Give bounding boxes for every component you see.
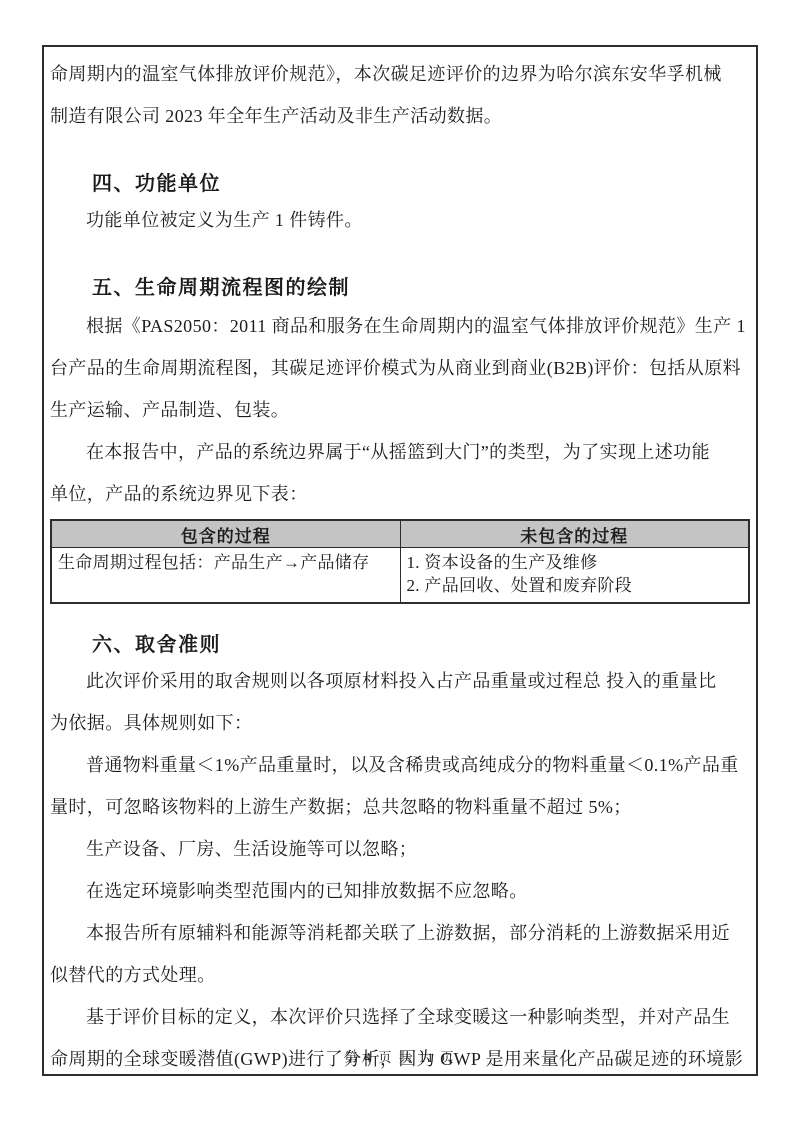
document-page: 命周期内的温室气体排放评价规范》，本次碳足迹评价的边界为哈尔滨东安华孚机械 制造… <box>42 45 758 1076</box>
paragraph-line: 生产运输、产品制造、包装。 <box>50 389 750 431</box>
section-heading-6: 六、取舍准则 <box>50 630 750 660</box>
paragraph-line: 生产设备、厂房、生活设施等可以忽略； <box>50 828 750 870</box>
paragraph-sec5-2: 在本报告中，产品的系统边界属于“从摇篮到大门”的类型，为了实现上述功能 单位，产… <box>50 431 750 515</box>
paragraph-intro: 命周期内的温室气体排放评价规范》，本次碳足迹评价的边界为哈尔滨东安华孚机械 制造… <box>50 47 750 137</box>
paragraph-sec6-1: 此次评价采用的取舍规则以各项原材料投入占产品重量或过程总 投入的重量比 为依据。… <box>50 660 750 744</box>
excluded-item: 2. 产品回收、处置和废弃阶段 <box>407 574 743 597</box>
paragraph-line: 在本报告中，产品的系统边界属于“从摇篮到大门”的类型，为了实现上述功能 <box>50 431 750 473</box>
section-heading-4: 四、功能单位 <box>50 169 750 199</box>
paragraph-sec5-1: 根据《PAS2050：2011 商品和服务在生命周期内的温室气体排放评价规范》生… <box>50 305 750 431</box>
table-header-included: 包含的过程 <box>51 520 400 548</box>
paragraph-line: 本报告所有原辅料和能源等消耗都关联了上游数据，部分消耗的上游数据采用近 <box>50 912 750 954</box>
paragraph-line: 根据《PAS2050：2011 商品和服务在生命周期内的温室气体排放评价规范》生… <box>50 305 750 347</box>
paragraph-sec6-3: 生产设备、厂房、生活设施等可以忽略； <box>50 828 750 870</box>
page-number-footer: 第 4 页 共 11 页 <box>44 1047 756 1066</box>
table-cell-excluded: 1. 资本设备的生产及维修 2. 产品回收、处置和废弃阶段 <box>400 548 749 604</box>
paragraph-line: 台产品的生命周期流程图，其碳足迹评价模式为从商业到商业(B2B)评价：包括从原料 <box>50 347 750 389</box>
paragraph-line: 基于评价目标的定义，本次评价只选择了全球变暖这一种影响类型，并对产品生 <box>50 996 750 1038</box>
paragraph-line: 似替代的方式处理。 <box>50 954 750 996</box>
paragraph-line: 普通物料重量＜1%产品重量时，以及含稀贵或高纯成分的物料重量＜0.1%产品重 <box>50 744 750 786</box>
paragraph-line: 制造有限公司 2023 年全年生产活动及非生产活动数据。 <box>50 95 750 137</box>
paragraph-sec6-5: 本报告所有原辅料和能源等消耗都关联了上游数据，部分消耗的上游数据采用近 似替代的… <box>50 912 750 996</box>
table-row: 生命周期过程包括：产品生产→产品储存 1. 资本设备的生产及维修 2. 产品回收… <box>51 548 749 604</box>
table-header-excluded: 未包含的过程 <box>400 520 749 548</box>
table-cell-included: 生命周期过程包括：产品生产→产品储存 <box>51 548 400 604</box>
system-boundary-table: 包含的过程 未包含的过程 生命周期过程包括：产品生产→产品储存 1. 资本设备的… <box>50 519 750 604</box>
paragraph-line: 量时，可忽略该物料的上游生产数据；总共忽略的物料重量不超过 5%； <box>50 786 750 828</box>
paragraph-sec4-body: 功能单位被定义为生产 1 件铸件。 <box>50 199 750 241</box>
paragraph-sec6-6: 基于评价目标的定义，本次评价只选择了全球变暖这一种影响类型，并对产品生 命周期的… <box>50 996 750 1080</box>
paragraph-line: 在选定环境影响类型范围内的已知排放数据不应忽略。 <box>50 870 750 912</box>
paragraph-line: 为依据。具体规则如下： <box>50 702 750 744</box>
paragraph-sec6-4: 在选定环境影响类型范围内的已知排放数据不应忽略。 <box>50 870 750 912</box>
section-heading-5: 五、生命周期流程图的绘制 <box>50 273 750 303</box>
table-header-row: 包含的过程 未包含的过程 <box>51 520 749 548</box>
paragraph-line: 单位，产品的系统边界见下表： <box>50 473 750 515</box>
excluded-item: 1. 资本设备的生产及维修 <box>407 551 743 574</box>
paragraph-line: 此次评价采用的取舍规则以各项原材料投入占产品重量或过程总 投入的重量比 <box>50 660 750 702</box>
paragraph-line: 功能单位被定义为生产 1 件铸件。 <box>50 199 750 241</box>
paragraph-line: 命周期内的温室气体排放评价规范》，本次碳足迹评价的边界为哈尔滨东安华孚机械 <box>50 53 750 95</box>
paragraph-sec6-2: 普通物料重量＜1%产品重量时，以及含稀贵或高纯成分的物料重量＜0.1%产品重 量… <box>50 744 750 828</box>
